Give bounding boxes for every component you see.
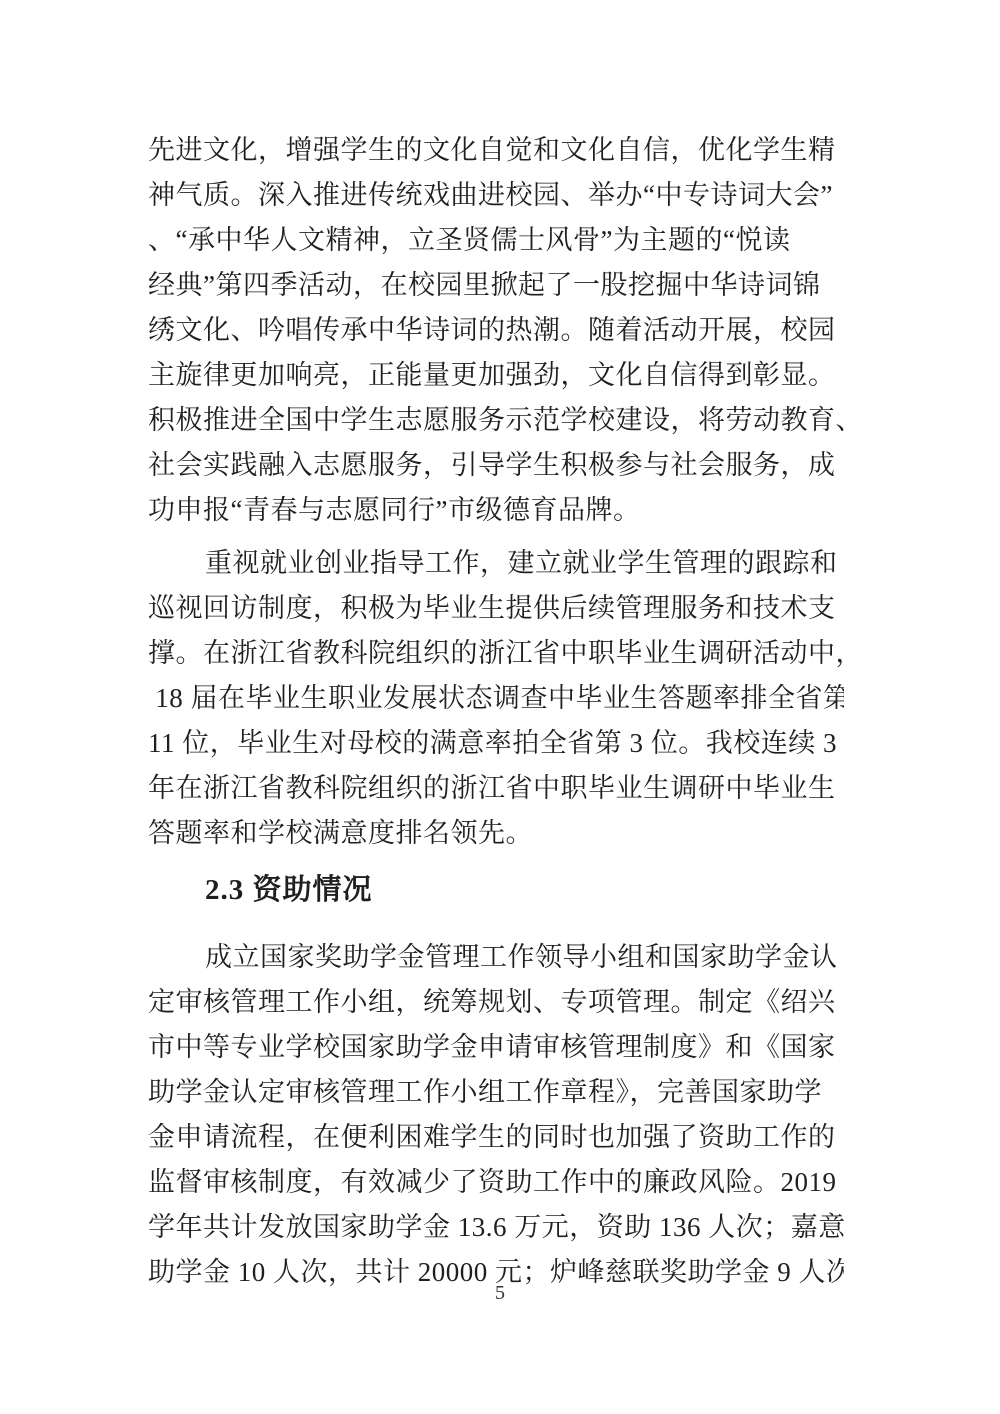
- text-line: 经典”第四季活动，在校园里掀起了一股挖掘中华诗词锦: [148, 263, 844, 308]
- text-line: 年在浙江省教科院组织的浙江省中职毕业生调研中毕业生: [148, 766, 844, 811]
- paragraph-employment-guidance: 重视就业创业指导工作，建立就业学生管理的跟踪和巡视回访制度，积极为毕业生提供后续…: [148, 541, 844, 856]
- document-body: 先进文化，增强学生的文化自觉和文化自信，优化学生精神气质。深入推进传统戏曲进校园…: [148, 128, 844, 1303]
- text-line: 先进文化，增强学生的文化自觉和文化自信，优化学生精: [148, 128, 844, 173]
- text-line: 重视就业创业指导工作，建立就业学生管理的跟踪和: [148, 541, 844, 586]
- text-line: 成立国家奖助学金管理工作领导小组和国家助学金认: [148, 935, 844, 980]
- page-number: 5: [495, 1282, 505, 1305]
- text-line: 11 位，毕业生对母校的满意率拍全省第 3 位。我校连续 3: [148, 721, 844, 766]
- text-line: 撑。在浙江省教科院组织的浙江省中职毕业生调研活动中，: [148, 631, 844, 676]
- text-line: 绣文化、吟唱传承中华诗词的热潮。随着活动开展，校园: [148, 308, 844, 353]
- paragraph-financial-aid: 成立国家奖助学金管理工作领导小组和国家助学金认定审核管理工作小组，统筹规划、专项…: [148, 935, 844, 1295]
- document-page: 先进文化，增强学生的文化自觉和文化自信，优化学生精神气质。深入推进传统戏曲进校园…: [0, 0, 1000, 1414]
- paragraph-culture-continuation: 先进文化，增强学生的文化自觉和文化自信，优化学生精神气质。深入推进传统戏曲进校园…: [148, 128, 844, 533]
- text-line: 18 届在毕业生职业发展状态调查中毕业生答题率排全省第: [148, 676, 844, 721]
- text-line: 、“承中华人文精神，立圣贤儒士风骨”为主题的“悦读: [148, 218, 844, 263]
- text-line: 市中等专业学校国家助学金申请审核管理制度》和《国家: [148, 1025, 844, 1070]
- text-line: 积极推进全国中学生志愿服务示范学校建设，将劳动教育、: [148, 398, 844, 443]
- text-line: 监督审核制度，有效减少了资助工作中的廉政风险。2019: [148, 1160, 844, 1205]
- text-line: 定审核管理工作小组，统筹规划、专项管理。制定《绍兴: [148, 980, 844, 1025]
- text-line: 神气质。深入推进传统戏曲进校园、举办“中专诗词大会”: [148, 173, 844, 218]
- text-line: 主旋律更加响亮，正能量更加强劲，文化自信得到彰显。: [148, 353, 844, 398]
- section-heading-2-3: 2.3 资助情况: [148, 868, 844, 913]
- page-footer: 5: [0, 1282, 1000, 1305]
- text-line: 答题率和学校满意度排名领先。: [148, 811, 844, 856]
- text-line: 社会实践融入志愿服务，引导学生积极参与社会服务，成: [148, 443, 844, 488]
- text-line: 学年共计发放国家助学金 13.6 万元，资助 136 人次；嘉意: [148, 1205, 844, 1250]
- text-line: 金申请流程，在便利困难学生的同时也加强了资助工作的: [148, 1115, 844, 1160]
- text-line: 助学金认定审核管理工作小组工作章程》，完善国家助学: [148, 1070, 844, 1115]
- text-line: 功申报“青春与志愿同行”市级德育品牌。: [148, 488, 844, 533]
- text-line: 巡视回访制度，积极为毕业生提供后续管理服务和技术支: [148, 586, 844, 631]
